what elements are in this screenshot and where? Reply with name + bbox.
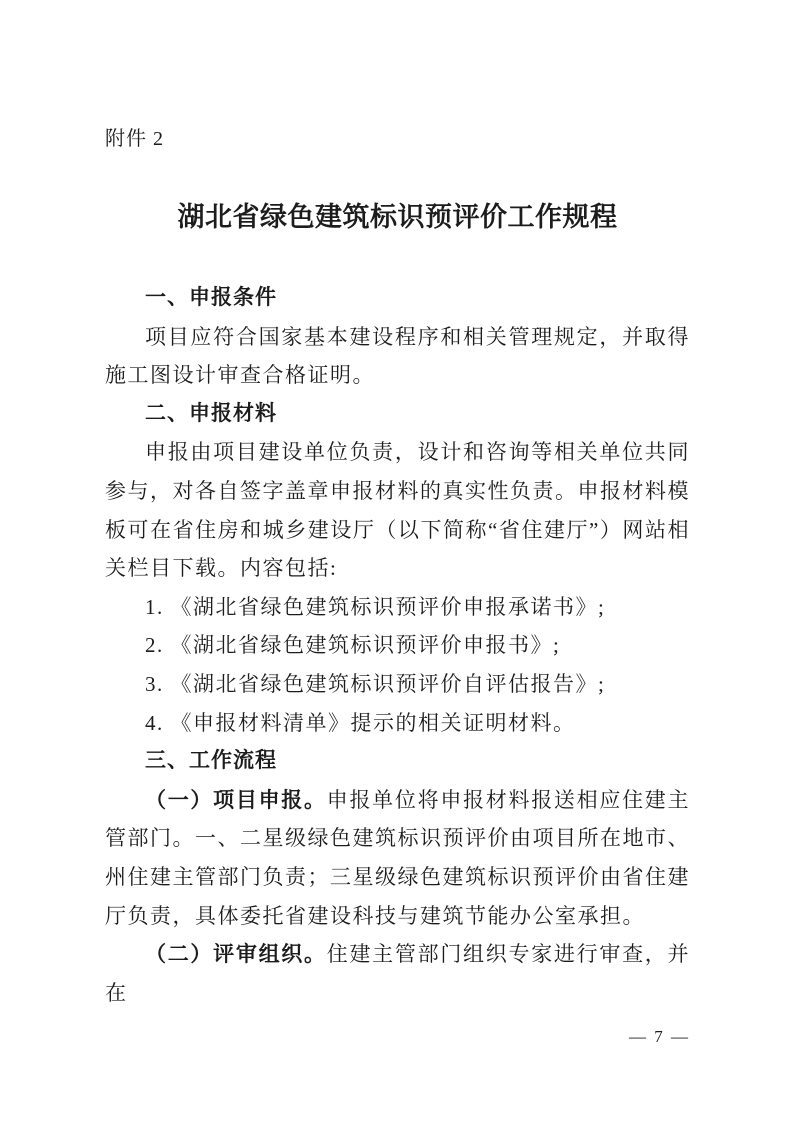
paragraph-application-materials: 申报由项目建设单位负责，设计和咨询等相关单位共同参与，对各自签字盖章申报材料的真… — [105, 433, 690, 587]
paragraph-lead-project-application: （一）项目申报。 — [145, 788, 327, 812]
paragraph-application-conditions: 项目应符合国家基本建设程序和相关管理规定，并取得施工图设计审查合格证明。 — [105, 318, 690, 395]
document-title: 湖北省绿色建筑标识预评价工作规程 — [105, 201, 690, 235]
section-heading-application-conditions: 一、申报条件 — [105, 279, 690, 318]
section-heading-work-flow: 三、工作流程 — [105, 742, 690, 781]
paragraph-project-application: （一）项目申报。申报单位将申报材料报送相应住建主管部门。一、二星级绿色建筑标识预… — [105, 781, 690, 935]
attachment-label: 附件 2 — [105, 128, 164, 150]
list-item-2: 2. 《湖北省绿色建筑标识预评价申报书》; — [105, 626, 690, 665]
list-item-1: 1. 《湖北省绿色建筑标识预评价申报承诺书》; — [105, 588, 690, 627]
paragraph-review-organization: （二）评审组织。住建主管部门组织专家进行审查，并在 — [105, 935, 690, 1012]
list-item-4: 4. 《申报材料清单》提示的相关证明材料。 — [105, 704, 690, 743]
page-number: — 7 — — [629, 1028, 690, 1047]
list-item-3: 3. 《湖北省绿色建筑标识预评价自评估报告》; — [105, 665, 690, 704]
document-page: 附件 2 湖北省绿色建筑标识预评价工作规程 一、申报条件 项目应符合国家基本建设… — [0, 0, 794, 1123]
paragraph-lead-review-organization: （二）评审组织。 — [145, 942, 327, 966]
section-heading-application-materials: 二、申报材料 — [105, 395, 690, 434]
document-body: 一、申报条件 项目应符合国家基本建设程序和相关管理规定，并取得施工图设计审查合格… — [105, 279, 690, 1012]
